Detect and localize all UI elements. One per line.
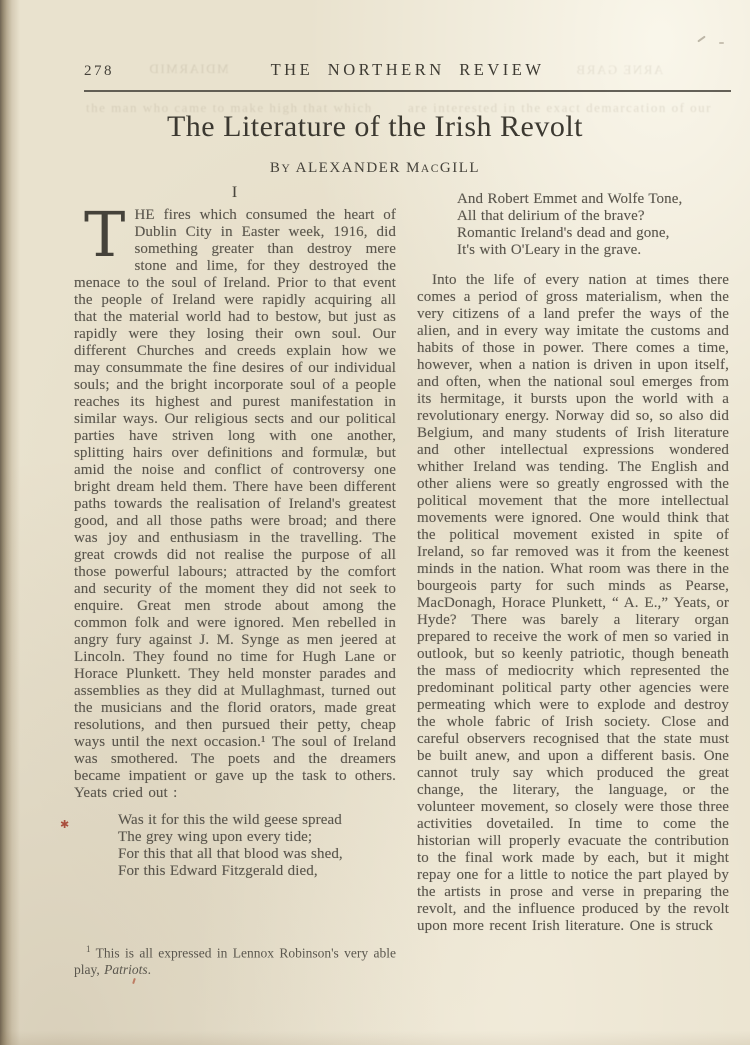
verse-block-right: And Robert Emmet and Wolfe Tone, All tha… [457, 191, 729, 259]
red-margin-mark: ✱ [60, 818, 69, 831]
corner-speck [697, 36, 706, 43]
byline-part: B [270, 160, 282, 176]
body-paragraph-1: THE fires which consumed the heart of Du… [74, 207, 396, 802]
header-rule [84, 90, 731, 92]
byline-part: GILL [440, 160, 480, 176]
left-column: I THE fires which consumed the heart of … [74, 184, 396, 936]
byline-part: ALEXANDER M [291, 160, 421, 176]
verse-block-left: Was it for this the wild geese spread Th… [118, 812, 396, 880]
verse-line: For this Edward Fitzgerald died, [118, 863, 396, 880]
body-paragraph-2: Into the life of every nation at times t… [417, 272, 729, 935]
right-column: And Robert Emmet and Wolfe Tone, All tha… [417, 191, 729, 973]
footnote-period: . [148, 962, 151, 977]
verse-line: And Robert Emmet and Wolfe Tone, [457, 191, 729, 208]
article-title: The Literature of the Irish Revolt [45, 110, 705, 144]
byline-part-smallcaps: Y [281, 163, 291, 175]
verse-line: All that delirium of the brave? [457, 208, 729, 225]
verse-line: For this that all that blood was shed, [118, 846, 396, 863]
dropcap-letter: T [74, 207, 134, 260]
byline: BY ALEXANDER MACGILL [45, 160, 705, 177]
scanned-journal-page: MDIARMID ARNE GARB the man who came to m… [0, 0, 750, 1045]
footnote-work-title: Patriots [104, 962, 148, 977]
paragraph-text: HE fires which consumed the heart of Dub… [74, 207, 396, 801]
byline-part-smallcaps: AC [421, 163, 440, 175]
verse-line: The grey wing upon every tide; [118, 829, 396, 846]
verse-line: Romantic Ireland's dead and gone, [457, 225, 729, 242]
red-tick-mark [132, 978, 136, 984]
verse-line: Was it for this the wild geese spread [118, 812, 396, 829]
footnote: 1 This is all expressed in Lennox Robins… [74, 941, 396, 978]
journal-title: THE NORTHERN REVIEW [84, 60, 731, 80]
corner-speck [719, 42, 724, 44]
verse-line: It's with O'Leary in the grave. [457, 242, 729, 259]
